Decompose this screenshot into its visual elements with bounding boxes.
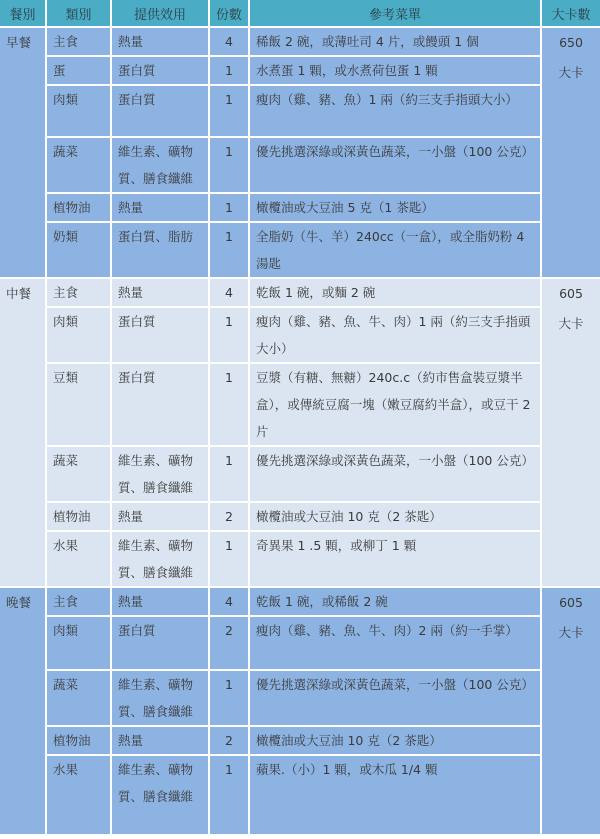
nutrient-function: 蛋白質、脂肪: [112, 223, 208, 277]
servings-count: 1: [210, 447, 248, 501]
reference-menu: 瘦肉（雞、豬、魚、牛、肉）2 兩（約一手掌）: [250, 617, 540, 669]
nutrient-function: 蛋白質: [112, 86, 208, 136]
nutrient-function: 熱量: [112, 194, 208, 221]
nutrient-function: 熱量: [112, 279, 208, 306]
food-category: 蛋: [47, 57, 110, 84]
table-row: 植物油熱量1橄欖油或大豆油 5 克（1 茶匙）: [0, 194, 600, 221]
table-row: 晚餐主食熱量4乾飯 1 碗，或稀飯 2 碗605大卡: [0, 588, 600, 615]
nutrient-function: 熱量: [112, 588, 208, 615]
servings-count: 1: [210, 671, 248, 725]
reference-menu: 橄欖油或大豆油 5 克（1 茶匙）: [250, 194, 540, 221]
servings-count: 1: [210, 308, 248, 362]
nutrient-function: 蛋白質: [112, 57, 208, 84]
reference-menu: 瘦肉（雞、豬、魚、牛、肉）1 兩（約三支手指頭大小）: [250, 308, 540, 362]
nutrient-function: 維生素、礦物質、膳食纖維: [112, 447, 208, 501]
table-row: 水果維生素、礦物質、膳食纖維1蘋果.（小）1 顆，或木瓜 1/4 顆: [0, 756, 600, 834]
meal-calories: 605大卡: [542, 279, 600, 586]
servings-count: 1: [210, 57, 248, 84]
table-row: 豆類蛋白質1豆漿（有糖、無糖）240c.c（約市售盒裝豆漿半盒），或傳統豆腐一塊…: [0, 364, 600, 445]
food-category: 肉類: [47, 617, 110, 669]
meal-plan-table: 餐別 類別 提供效用 份數 參考菜單 大卡數 早餐主食熱量4稀飯 2 碗，或薄吐…: [0, 0, 600, 836]
meal-name: 中餐: [0, 279, 45, 586]
servings-count: 2: [210, 727, 248, 754]
header-menu: 參考菜單: [250, 0, 540, 26]
food-category: 蔬菜: [47, 447, 110, 501]
reference-menu: 奇異果 1 .5 顆，或柳丁 1 顆: [250, 532, 540, 586]
calorie-unit: 大卡: [548, 618, 594, 648]
table-row: 奶類蛋白質、脂肪1全脂奶（牛、羊）240cc（一盒），或全脂奶粉 4 湯匙: [0, 223, 600, 277]
calorie-unit: 大卡: [548, 309, 594, 339]
food-category: 植物油: [47, 503, 110, 530]
table-row: 蔬菜維生素、礦物質、膳食纖維1優先挑選深綠或深黃色蔬菜，一小盤（100 公克）: [0, 138, 600, 192]
servings-count: 2: [210, 503, 248, 530]
food-category: 主食: [47, 588, 110, 615]
reference-menu: 橄欖油或大豆油 10 克（2 茶匙）: [250, 503, 540, 530]
table-row: 植物油熱量2橄欖油或大豆油 10 克（2 茶匙）: [0, 503, 600, 530]
reference-menu: 豆漿（有糖、無糖）240c.c（約市售盒裝豆漿半盒），或傳統豆腐一塊（嫩豆腐約半…: [250, 364, 540, 445]
header-servings: 份數: [210, 0, 248, 26]
calorie-value: 605: [548, 588, 594, 618]
nutrient-function: 維生素、礦物質、膳食纖維: [112, 532, 208, 586]
table-row: 肉類蛋白質1瘦肉（雞、豬、魚、牛、肉）1 兩（約三支手指頭大小）: [0, 308, 600, 362]
servings-count: 1: [210, 364, 248, 445]
nutrient-function: 蛋白質: [112, 308, 208, 362]
servings-count: 1: [210, 223, 248, 277]
nutrient-function: 熱量: [112, 727, 208, 754]
table-row: 蔬菜維生素、礦物質、膳食纖維1優先挑選深綠或深黃色蔬菜，一小盤（100 公克）: [0, 447, 600, 501]
reference-menu: 優先挑選深綠或深黃色蔬菜，一小盤（100 公克）: [250, 138, 540, 192]
food-category: 蔬菜: [47, 671, 110, 725]
table-row: 肉類蛋白質1瘦肉（雞、豬、魚）1 兩（約三支手指頭大小）: [0, 86, 600, 136]
food-category: 主食: [47, 28, 110, 55]
nutrient-function: 熱量: [112, 503, 208, 530]
food-category: 水果: [47, 532, 110, 586]
servings-count: 4: [210, 28, 248, 55]
servings-count: 4: [210, 279, 248, 306]
table-row: 中餐主食熱量4乾飯 1 碗，或麵 2 碗605大卡: [0, 279, 600, 306]
servings-count: 1: [210, 138, 248, 192]
food-category: 植物油: [47, 727, 110, 754]
reference-menu: 優先挑選深綠或深黃色蔬菜，一小盤（100 公克）: [250, 447, 540, 501]
table-row: 植物油熱量2橄欖油或大豆油 10 克（2 茶匙）: [0, 727, 600, 754]
calorie-value: 650: [548, 28, 594, 58]
food-category: 主食: [47, 279, 110, 306]
reference-menu: 水煮蛋 1 顆，或水煮荷包蛋 1 顆: [250, 57, 540, 84]
food-category: 肉類: [47, 308, 110, 362]
nutrient-function: 維生素、礦物質、膳食纖維: [112, 671, 208, 725]
meal-name: 早餐: [0, 28, 45, 277]
calorie-value: 605: [548, 279, 594, 309]
header-calories: 大卡數: [542, 0, 600, 26]
food-category: 蔬菜: [47, 138, 110, 192]
servings-count: 2: [210, 617, 248, 669]
header-meal: 餐別: [0, 0, 45, 26]
servings-count: 1: [210, 532, 248, 586]
reference-menu: 瘦肉（雞、豬、魚）1 兩（約三支手指頭大小）: [250, 86, 540, 136]
table-row: 水果維生素、礦物質、膳食纖維1奇異果 1 .5 顆，或柳丁 1 顆: [0, 532, 600, 586]
meal-calories: 650大卡: [542, 28, 600, 277]
food-category: 豆類: [47, 364, 110, 445]
food-category: 肉類: [47, 86, 110, 136]
reference-menu: 橄欖油或大豆油 10 克（2 茶匙）: [250, 727, 540, 754]
header-function: 提供效用: [112, 0, 208, 26]
table-row: 蔬菜維生素、礦物質、膳食纖維1優先挑選深綠或深黃色蔬菜，一小盤（100 公克）: [0, 671, 600, 725]
reference-menu: 全脂奶（牛、羊）240cc（一盒），或全脂奶粉 4 湯匙: [250, 223, 540, 277]
reference-menu: 蘋果.（小）1 顆，或木瓜 1/4 顆: [250, 756, 540, 834]
table-row: 早餐主食熱量4稀飯 2 碗，或薄吐司 4 片，或饅頭 1 個650大卡: [0, 28, 600, 55]
nutrient-function: 蛋白質: [112, 364, 208, 445]
nutrient-function: 維生素、礦物質、膳食纖維: [112, 756, 208, 834]
nutrient-function: 熱量: [112, 28, 208, 55]
reference-menu: 乾飯 1 碗，或稀飯 2 碗: [250, 588, 540, 615]
food-category: 水果: [47, 756, 110, 834]
header-row: 餐別 類別 提供效用 份數 參考菜單 大卡數: [0, 0, 600, 26]
servings-count: 4: [210, 588, 248, 615]
calorie-unit: 大卡: [548, 58, 594, 88]
meal-calories: 605大卡: [542, 588, 600, 834]
header-category: 類別: [47, 0, 110, 26]
meal-name: 晚餐: [0, 588, 45, 834]
table-row: 蛋蛋白質1水煮蛋 1 顆，或水煮荷包蛋 1 顆: [0, 57, 600, 84]
table-row: 肉類蛋白質2瘦肉（雞、豬、魚、牛、肉）2 兩（約一手掌）: [0, 617, 600, 669]
reference-menu: 乾飯 1 碗，或麵 2 碗: [250, 279, 540, 306]
food-category: 植物油: [47, 194, 110, 221]
servings-count: 1: [210, 756, 248, 834]
reference-menu: 稀飯 2 碗，或薄吐司 4 片，或饅頭 1 個: [250, 28, 540, 55]
nutrient-function: 蛋白質: [112, 617, 208, 669]
nutrient-function: 維生素、礦物質、膳食纖維: [112, 138, 208, 192]
food-category: 奶類: [47, 223, 110, 277]
servings-count: 1: [210, 86, 248, 136]
servings-count: 1: [210, 194, 248, 221]
reference-menu: 優先挑選深綠或深黃色蔬菜，一小盤（100 公克）: [250, 671, 540, 725]
